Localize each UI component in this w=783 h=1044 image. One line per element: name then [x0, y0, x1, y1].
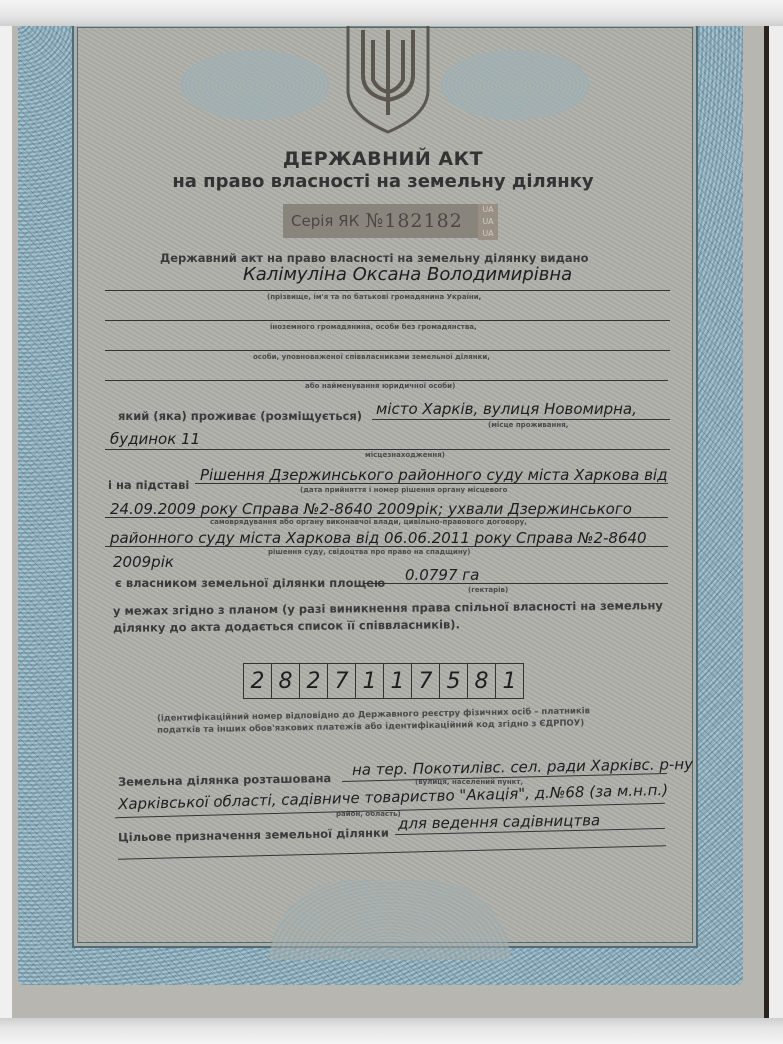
owner-hint-3: особи, уповноваженої співвласниками земе… — [253, 353, 490, 361]
series-label: Серія ЯК — [291, 212, 359, 230]
basis-label: і на підставі — [108, 478, 189, 492]
area-hint: (гектарів) — [468, 586, 508, 594]
residence-line-1: місто Харків, вулиця Новомирна, — [376, 400, 637, 418]
underline — [372, 419, 670, 420]
document-title: ДЕРЖАВНИЙ АКТ — [72, 148, 694, 170]
basis-hint-3: рішення суду, свідоцтва про право на спа… — [268, 548, 470, 556]
ua-mark: UA — [478, 216, 498, 228]
underline — [363, 583, 668, 584]
photo-frame-left — [0, 0, 12, 1044]
series-number: №182182 — [365, 210, 463, 232]
underline — [105, 290, 670, 291]
location-line-1: на тер. Покотилівс. сел. ради Харківс. р… — [352, 755, 693, 779]
tax-id-digit: 2 — [299, 663, 328, 699]
residence-line-2: будинок 11 — [110, 430, 200, 448]
location-hint-2: район, область) — [336, 810, 401, 818]
ua-security-stripe: UA UA UA — [478, 204, 498, 240]
tax-id-digit: 7 — [411, 663, 440, 699]
tax-id-digit: 7 — [327, 663, 356, 699]
residence-hint-2: місцезнаходження) — [365, 451, 445, 459]
area-value: 0.0797 га — [405, 566, 479, 584]
tax-id-digit: 1 — [355, 663, 384, 699]
location-label: Земельна ділянка розташована — [118, 771, 331, 789]
ua-mark: UA — [478, 228, 498, 240]
photo-frame-top — [0, 0, 783, 26]
basis-hint-2: самоврядування або органу виконавчої вла… — [210, 518, 527, 526]
underline — [105, 380, 668, 381]
tax-id-digit: 2 — [243, 663, 272, 699]
tax-id-digit: 1 — [383, 663, 412, 699]
basis-line-2: 24.09.2009 року Справа №2-8640 2009рік; … — [110, 500, 632, 518]
photo-frame-right — [769, 0, 783, 1044]
document-subtitle: на право власності на земельну ділянку — [72, 171, 694, 192]
underline — [105, 546, 668, 547]
underline — [195, 483, 668, 484]
basis-hint-1: (дата прийняття і номер рішення органу м… — [300, 486, 507, 494]
basis-line-4: 2009рік — [113, 553, 174, 571]
tax-id-digit: 1 — [495, 663, 524, 699]
residence-hint-1: (місце проживання, — [488, 421, 568, 429]
area-label: є власником земельної ділянки площею — [115, 576, 385, 590]
owner-hint-4: або найменування юридичної особи) — [305, 382, 455, 390]
photo-frame-bottom — [0, 1018, 783, 1044]
series-number-box: Серія ЯК №182182 — [283, 204, 478, 238]
tax-id-digit: 5 — [439, 663, 468, 699]
underline — [105, 449, 670, 450]
purpose-label: Цільове призначення земельної ділянки — [118, 826, 389, 845]
residence-label: який (яка) проживає (розміщується) — [118, 409, 362, 423]
ua-mark: UA — [478, 204, 498, 216]
land-ownership-act: ДЕРЖАВНИЙ АКТ на право власності на земе… — [0, 0, 783, 1044]
tax-id-boxes: 2 8 2 7 1 1 7 5 8 1 — [244, 663, 524, 699]
underline — [105, 350, 670, 351]
area-note: у межах згідно з планом (у разі виникнен… — [113, 597, 673, 637]
underline — [105, 320, 670, 321]
owner-hint-2: іноземного громадянина, особи без громад… — [270, 323, 477, 331]
underline — [118, 845, 666, 859]
owner-hint-1: (прізвище, ім'я та по батькові громадяни… — [267, 293, 481, 301]
tax-id-digit: 8 — [271, 663, 300, 699]
basis-line-3: районного суду міста Харкова від 06.06.2… — [110, 529, 647, 547]
tax-id-digit: 8 — [467, 663, 496, 699]
owner-name: Калімуліна Оксана Володимирівна — [243, 264, 572, 285]
basis-line-1: Рішення Дзержинського районного суду міс… — [200, 466, 667, 484]
issued-intro: Державний акт на право власності на земе… — [160, 251, 588, 265]
